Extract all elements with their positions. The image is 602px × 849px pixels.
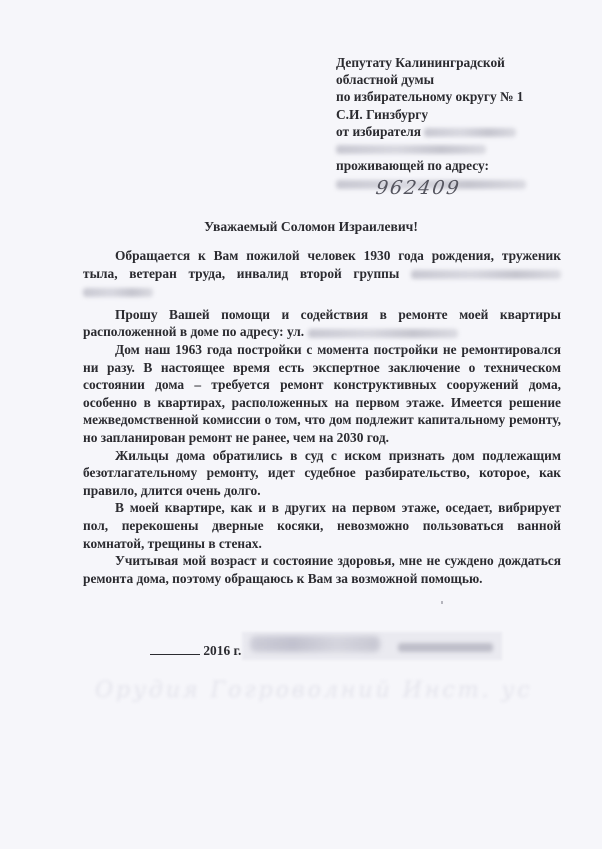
sender-label: от избирателя: [336, 124, 421, 139]
paragraph: Учитывая мой возраст и состояние здоровь…: [83, 552, 561, 587]
addressee-line: С.И. Гинзбургу: [336, 106, 586, 123]
paragraph: Прошу Вашей помощи и содействия в ремонт…: [83, 306, 561, 341]
redacted-name-cont: [83, 288, 153, 297]
redacted-sender-name-2: [336, 145, 486, 154]
faint-handwritten-note: Орудия Гогроволний Инст. ус: [95, 678, 475, 708]
scan-speck: [441, 601, 443, 604]
scanned-letter-page: Депутату Калининградской областной думы …: [0, 0, 602, 849]
addressee-line: областной думы: [336, 71, 586, 88]
redacted-name: [411, 270, 561, 279]
signature-date: 2016 г.: [203, 643, 241, 658]
handwritten-registration-number: 962409: [374, 177, 462, 199]
addressee-line: по избирательному округу № 1: [336, 88, 586, 105]
addressee-block: Депутату Калининградской областной думы …: [336, 54, 586, 192]
signature-date-line: 2016 г.: [150, 643, 570, 659]
redacted-street-address: [308, 329, 458, 338]
paragraph: Обращается к Вам пожилой человек 1930 го…: [83, 247, 561, 300]
date-blank-underline: [150, 644, 200, 655]
address-label-line: проживающей по адресу:: [336, 157, 586, 174]
addressee-line: Депутату Калининградской: [336, 54, 586, 71]
sender-line: от избирателя: [336, 123, 586, 140]
paragraph: Дом наш 1963 года постройки с момента по…: [83, 341, 561, 447]
greeting: Уважаемый Соломон Израилевич!: [0, 219, 602, 235]
redacted-sender-name: [424, 128, 516, 137]
paragraph: Жильцы дома обратились в суд с иском при…: [83, 447, 561, 500]
sender-name-continued: [336, 140, 586, 157]
paragraph: В моей квартире, как и в других на перво…: [83, 499, 561, 552]
letter-body: Обращается к Вам пожилой человек 1930 го…: [83, 247, 561, 587]
